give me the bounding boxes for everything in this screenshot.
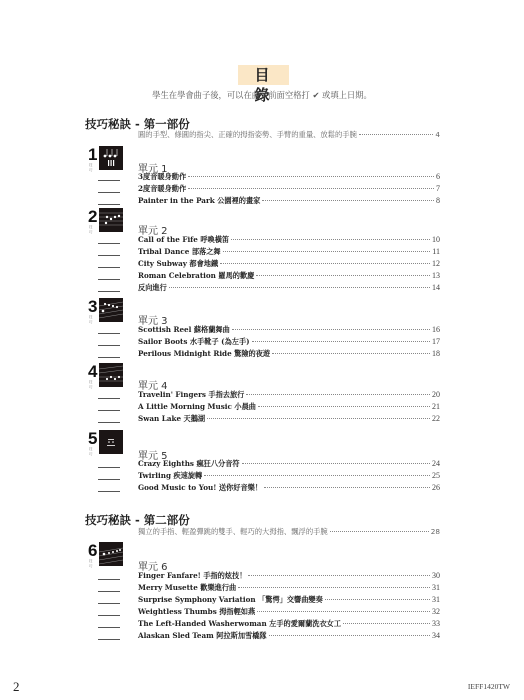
toc-entry[interactable]: Tribal Dance 部落之舞11 [138, 247, 440, 257]
page-number: 2 [13, 679, 20, 695]
checkbox-blank[interactable] [98, 591, 120, 592]
checkbox-blank[interactable] [98, 267, 120, 268]
page-ref: 31 [432, 595, 440, 604]
instructions-text: 學生在學會曲子後，可以在曲子前面空格打 ✔ 或填上日期。 [0, 89, 524, 101]
checkbox-blank[interactable] [98, 639, 120, 640]
page-ref: 16 [432, 325, 440, 334]
page-ref: 22 [432, 414, 440, 423]
page-ref: 28 [431, 527, 440, 536]
unit-number-2: 2 [88, 208, 97, 225]
entry-title: Scottish Reel 蘇格蘭舞曲 [138, 325, 230, 335]
page-ref: 33 [432, 619, 440, 628]
toc-entry[interactable]: Swan Lake 天鵝湖22 [138, 414, 440, 424]
leader-dots [248, 575, 430, 576]
toc-entry[interactable]: Painter in the Park 公園裡的畫家8 [138, 196, 440, 206]
page-ref: 11 [432, 247, 440, 256]
entry-title: Painter in the Park 公園裡的畫家 [138, 196, 260, 206]
leader-dots [169, 287, 430, 288]
unit-sub-label: 技巧 [89, 559, 95, 569]
page-ref: 17 [432, 337, 440, 346]
entry-title: Roman Celebration 羅馬的歡慶 [138, 271, 254, 281]
checkbox-blank[interactable] [98, 357, 120, 358]
toc-entry[interactable]: Good Music to You! 送你好音樂！26 [138, 483, 440, 493]
leader-dots [220, 263, 430, 264]
leader-dots [325, 599, 430, 600]
entry-title: The Left-Handed Washerwoman 左手的愛爾蘭洗衣女工 [138, 619, 341, 629]
unit-2-music-icon [99, 208, 123, 232]
unit-sub-label: 技巧 [89, 225, 95, 235]
entry-title: Sailor Boots 水手靴子 (為左手) [138, 337, 250, 347]
toc-entry[interactable]: Roman Celebration 羅馬的歡慶13 [138, 271, 440, 281]
unit-number-3: 3 [88, 298, 97, 315]
checkbox-blank[interactable] [98, 627, 120, 628]
entry-title: 3度音暖身動作 [138, 172, 186, 182]
entry-title: Travelin' Fingers 手指去旅行 [138, 390, 244, 400]
entry-title: Weightless Thumbs 拇指輕如燕 [138, 607, 255, 617]
page-ref: 21 [432, 402, 440, 411]
page-ref: 18 [432, 349, 440, 358]
leader-dots [264, 487, 430, 488]
unit-sub-label: 技巧 [89, 163, 95, 173]
unit-number-1: 1 [88, 146, 97, 163]
unit-6-music-icon [99, 542, 123, 566]
checkbox-blank[interactable] [98, 180, 120, 181]
checkbox-blank[interactable] [98, 479, 120, 480]
page-ref: 30 [432, 571, 440, 580]
checkbox-blank[interactable] [98, 333, 120, 334]
entry-title: 2度音暖身動作 [138, 184, 186, 194]
entry-title: Swan Lake 天鵝湖 [138, 414, 205, 424]
checkbox-blank[interactable] [98, 279, 120, 280]
toc-entry[interactable]: Twirling 疾速旋轉25 [138, 471, 440, 481]
leader-dots [231, 239, 430, 240]
checkbox-blank[interactable] [98, 291, 120, 292]
unit-sub-label: 技巧 [89, 315, 95, 325]
checkbox-blank[interactable] [98, 491, 120, 492]
unit-number-4: 4 [88, 363, 97, 380]
toc-entry[interactable]: 3度音暖身動作6 [138, 172, 440, 182]
leader-dots [258, 406, 430, 407]
leader-dots [359, 134, 433, 135]
entry-title: City Subway 都會地鐵 [138, 259, 218, 269]
toc-entry[interactable]: Travelin' Fingers 手指去旅行20 [138, 390, 440, 400]
toc-entry[interactable]: City Subway 都會地鐵12 [138, 259, 440, 269]
leader-dots [238, 587, 430, 588]
toc-entry[interactable]: Sailor Boots 水手靴子 (為左手)17 [138, 337, 440, 347]
page-ref: 24 [432, 459, 440, 468]
leader-dots [252, 341, 430, 342]
checkbox-blank[interactable] [98, 243, 120, 244]
unit-number-5: 5 [88, 430, 97, 447]
page-ref: 31 [432, 583, 440, 592]
checkbox-blank[interactable] [98, 579, 120, 580]
leader-dots [204, 475, 430, 476]
entry-title: 反向進行 [138, 283, 167, 293]
entry-title: Surprise Symphony Variation 「驚愕」交響曲變奏 [138, 595, 323, 605]
toc-entry[interactable]: Perilous Midnight Ride 驚險的夜遊18 [138, 349, 440, 359]
catalog-code: IEFF1420TW [468, 682, 510, 691]
part-description-2: 獨立的手指、輕盈彈跳的雙手、輕巧的大拇指、飄浮的手腕 28 [138, 527, 440, 537]
toc-entry[interactable]: Finger Fanfare! 手指的炫技！30 [138, 571, 440, 581]
part-heading-2: 技巧秘訣 - 第二部份 [85, 512, 190, 528]
leader-dots [257, 611, 430, 612]
leader-dots [223, 251, 431, 252]
page-ref: 6 [436, 172, 440, 181]
page-ref: 26 [432, 483, 440, 492]
leader-dots [343, 623, 430, 624]
page-title: 目 錄 [238, 65, 289, 85]
leader-dots [272, 353, 430, 354]
page-ref: 32 [432, 607, 440, 616]
checkbox-blank[interactable] [98, 255, 120, 256]
unit-4-music-icon [99, 363, 123, 387]
toc-entry[interactable]: A Little Morning Music 小晨曲21 [138, 402, 440, 412]
entry-title: Good Music to You! 送你好音樂！ [138, 483, 262, 493]
leader-dots [262, 200, 434, 201]
entry-title: Crazy Eighths 瘋狂八分音符 [138, 459, 240, 469]
checkbox-blank[interactable] [98, 410, 120, 411]
checkbox-blank[interactable] [98, 192, 120, 193]
entry-title: Merry Musette 歡樂進行曲 [138, 583, 236, 593]
leader-dots [188, 176, 434, 177]
unit-3-music-icon [99, 298, 123, 322]
toc-entry[interactable]: Scottish Reel 蘇格蘭舞曲16 [138, 325, 440, 335]
checkbox-blank[interactable] [98, 422, 120, 423]
page-ref: 34 [432, 631, 440, 640]
toc-entry[interactable]: 反向進行14 [138, 283, 440, 293]
toc-entry[interactable]: Crazy Eighths 瘋狂八分音符24 [138, 459, 440, 469]
toc-entry[interactable]: 2度音暖身動作7 [138, 184, 440, 194]
page-ref: 14 [432, 283, 440, 292]
leader-dots [246, 394, 430, 395]
toc-entry[interactable]: Weightless Thumbs 拇指輕如燕32 [138, 607, 440, 617]
entry-title: Finger Fanfare! 手指的炫技！ [138, 571, 246, 581]
part-description-text: 獨立的手指、輕盈彈跳的雙手、輕巧的大拇指、飄浮的手腕 [138, 527, 328, 537]
leader-dots [269, 635, 430, 636]
toc-entry[interactable]: Merry Musette 歡樂進行曲31 [138, 583, 440, 593]
toc-entry[interactable]: Alaskan Sled Team 阿拉斯加雪橇隊34 [138, 631, 440, 641]
checkbox-blank[interactable] [98, 204, 120, 205]
leader-dots [330, 531, 429, 532]
checkbox-blank[interactable] [98, 345, 120, 346]
page-ref: 10 [432, 235, 440, 244]
leader-dots [256, 275, 430, 276]
checkbox-blank[interactable] [98, 467, 120, 468]
leader-dots [207, 418, 430, 419]
checkbox-blank[interactable] [98, 615, 120, 616]
page-ref: 20 [432, 390, 440, 399]
entry-title: Alaskan Sled Team 阿拉斯加雪橇隊 [138, 631, 267, 641]
page-ref: 7 [436, 184, 440, 193]
leader-dots [242, 463, 430, 464]
leader-dots [232, 329, 430, 330]
unit-sub-label: 技巧 [89, 380, 95, 390]
entry-title: Call of the Fife 呼喚橫笛 [138, 235, 229, 245]
page-ref: 4 [435, 130, 440, 139]
toc-entry[interactable]: Surprise Symphony Variation 「驚愕」交響曲變奏31 [138, 595, 440, 605]
checkbox-blank[interactable] [98, 398, 120, 399]
page-ref: 8 [436, 196, 440, 205]
entry-title: Perilous Midnight Ride 驚險的夜遊 [138, 349, 270, 359]
toc-entry[interactable]: Call of the Fife 呼喚橫笛10 [138, 235, 440, 245]
entry-title: Tribal Dance 部落之舞 [138, 247, 221, 257]
part-description-1: 圓的手型、條圓的指尖、正確的拇指姿勢、手臂的重量、放鬆的手腕 4 [138, 130, 440, 140]
part-description-text: 圓的手型、條圓的指尖、正確的拇指姿勢、手臂的重量、放鬆的手腕 [138, 130, 357, 140]
page-ref: 25 [432, 471, 440, 480]
page-ref: 13 [432, 271, 440, 280]
unit-1-music-icon [99, 146, 123, 170]
entry-title: A Little Morning Music 小晨曲 [138, 402, 256, 412]
unit-5-music-icon [99, 430, 123, 454]
page-ref: 12 [432, 259, 440, 268]
unit-number-6: 6 [88, 542, 97, 559]
entry-title: Twirling 疾速旋轉 [138, 471, 202, 481]
leader-dots [188, 188, 434, 189]
checkbox-blank[interactable] [98, 603, 120, 604]
unit-sub-label: 技巧 [89, 447, 95, 457]
toc-entry[interactable]: The Left-Handed Washerwoman 左手的愛爾蘭洗衣女工33 [138, 619, 440, 629]
